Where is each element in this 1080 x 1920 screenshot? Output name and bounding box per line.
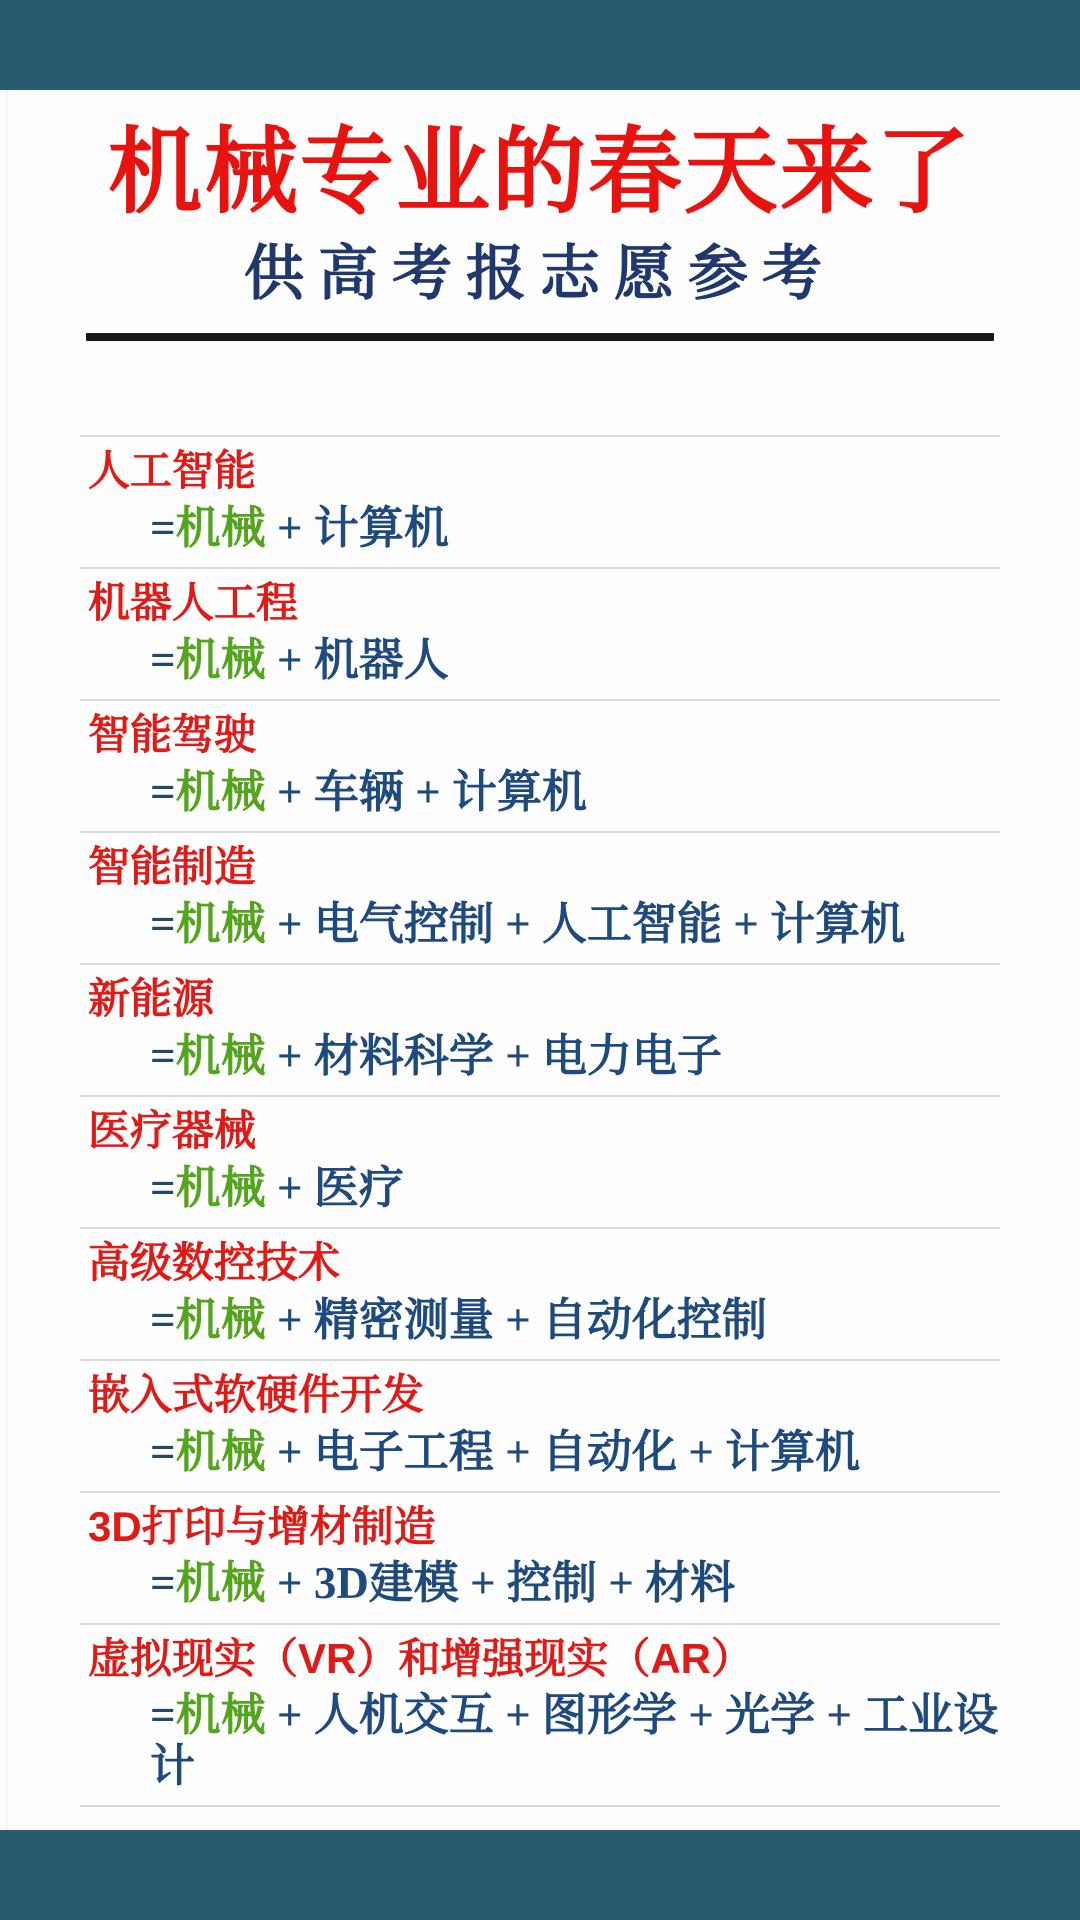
component-terms: + 医疗 <box>266 1163 404 1213</box>
major-formula: =机械 + 车辆 + 计算机 <box>80 767 1000 817</box>
major-name: 新能源 <box>80 974 1000 1024</box>
component-terms: + 机器人 <box>266 635 449 685</box>
major-item: 3D打印与增材制造 =机械 + 3D建模 + 控制 + 材料 <box>80 1493 1000 1625</box>
major-formula: =机械 + 精密测量 + 自动化控制 <box>80 1295 1000 1345</box>
major-name: 智能驾驶 <box>80 710 1000 760</box>
subtitle: 供高考报志愿参考 <box>0 241 1080 307</box>
component-terms: + 材料科学 + 电力电子 <box>266 1031 722 1081</box>
major-name: 虚拟现实（VR）和增强现实（AR） <box>80 1634 1000 1684</box>
component-terms: + 人机交互 + 图形学 + 光学 + 工业设计 <box>150 1690 998 1790</box>
frame-top-band <box>0 0 1080 90</box>
major-name: 医疗器械 <box>80 1106 1000 1156</box>
equals-sign: = <box>150 767 176 817</box>
base-term: 机械 <box>176 1295 266 1345</box>
major-item: 智能驾驶 =机械 + 车辆 + 计算机 <box>80 701 1000 833</box>
equals-sign: = <box>150 899 176 949</box>
equals-sign: = <box>150 1690 176 1740</box>
major-name: 智能制造 <box>80 842 1000 892</box>
component-terms: + 电子工程 + 自动化 + 计算机 <box>266 1427 860 1477</box>
major-item: 高级数控技术 =机械 + 精密测量 + 自动化控制 <box>80 1229 1000 1361</box>
major-name: 3D打印与增材制造 <box>80 1502 1000 1552</box>
base-term: 机械 <box>176 1690 266 1740</box>
major-item: 新能源 =机械 + 材料科学 + 电力电子 <box>80 965 1000 1097</box>
base-term: 机械 <box>176 1031 266 1081</box>
major-formula: =机械 + 计算机 <box>80 503 1000 553</box>
equals-sign: = <box>150 1163 176 1213</box>
major-name: 机器人工程 <box>80 578 1000 628</box>
component-terms: + 车辆 + 计算机 <box>266 767 587 817</box>
major-formula: =机械 + 电气控制 + 人工智能 + 计算机 <box>80 899 1000 949</box>
component-terms: + 精密测量 + 自动化控制 <box>266 1295 767 1345</box>
major-item: 医疗器械 =机械 + 医疗 <box>80 1097 1000 1229</box>
equals-sign: = <box>150 1295 176 1345</box>
frame-bottom-band <box>0 1830 1080 1920</box>
major-item: 虚拟现实（VR）和增强现实（AR） =机械 + 人机交互 + 图形学 + 光学 … <box>80 1625 1000 1807</box>
major-item: 智能制造 =机械 + 电气控制 + 人工智能 + 计算机 <box>80 833 1000 965</box>
poster-header: 机械专业的春天来了 供高考报志愿参考 <box>0 90 1080 341</box>
component-terms: + 3D建模 + 控制 + 材料 <box>266 1558 735 1608</box>
base-term: 机械 <box>176 767 266 817</box>
main-title: 机械专业的春天来了 <box>0 122 1080 225</box>
base-term: 机械 <box>176 635 266 685</box>
major-formula: =机械 + 材料科学 + 电力电子 <box>80 1031 1000 1081</box>
equals-sign: = <box>150 1031 176 1081</box>
major-formula: =机械 + 电子工程 + 自动化 + 计算机 <box>80 1427 1000 1477</box>
major-name: 高级数控技术 <box>80 1238 1000 1288</box>
base-term: 机械 <box>176 1427 266 1477</box>
base-term: 机械 <box>176 1163 266 1213</box>
major-item: 嵌入式软硬件开发 =机械 + 电子工程 + 自动化 + 计算机 <box>80 1361 1000 1493</box>
base-term: 机械 <box>176 503 266 553</box>
major-name: 嵌入式软硬件开发 <box>80 1370 1000 1420</box>
major-item: 人工智能 =机械 + 计算机 <box>80 437 1000 569</box>
major-name: 人工智能 <box>80 446 1000 496</box>
component-terms: + 计算机 <box>266 503 449 553</box>
equals-sign: = <box>150 503 176 553</box>
major-formula: =机械 + 3D建模 + 控制 + 材料 <box>80 1558 1000 1608</box>
majors-list: 人工智能 =机械 + 计算机 机器人工程 =机械 + 机器人 智能驾驶 =机械 … <box>80 435 1000 1807</box>
base-term: 机械 <box>176 899 266 949</box>
base-term: 机械 <box>176 1558 266 1608</box>
poster-page: 机械专业的春天来了 供高考报志愿参考 人工智能 =机械 + 计算机 机器人工程 … <box>0 90 1080 1830</box>
major-formula: =机械 + 医疗 <box>80 1163 1000 1213</box>
component-terms: + 电气控制 + 人工智能 + 计算机 <box>266 899 905 949</box>
major-formula: =机械 + 人机交互 + 图形学 + 光学 + 工业设计 <box>80 1690 1000 1791</box>
equals-sign: = <box>150 1427 176 1477</box>
major-item: 机器人工程 =机械 + 机器人 <box>80 569 1000 701</box>
major-formula: =机械 + 机器人 <box>80 635 1000 685</box>
equals-sign: = <box>150 1558 176 1608</box>
equals-sign: = <box>150 635 176 685</box>
title-divider-rule <box>86 333 994 341</box>
